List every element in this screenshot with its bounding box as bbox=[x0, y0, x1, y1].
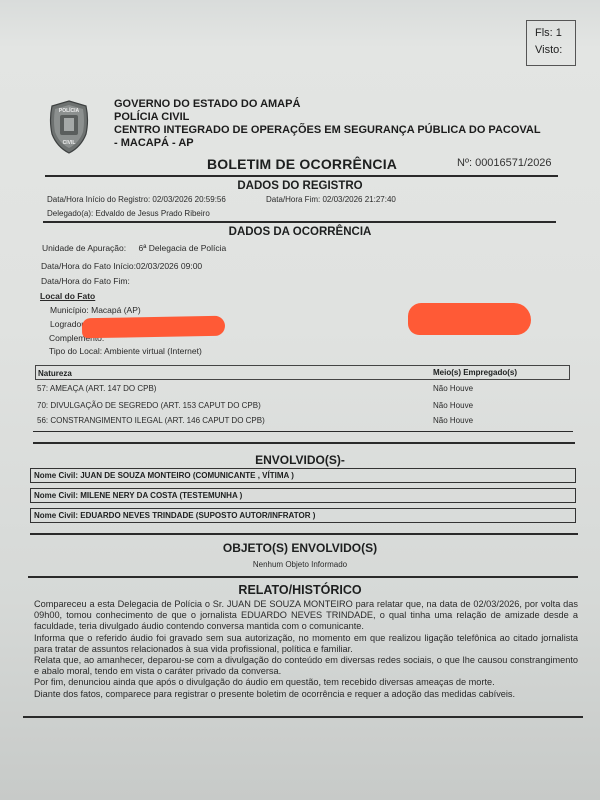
table-row: 70: DIVULGAÇÃO DE SEGREDO (ART. 153 CAPU… bbox=[37, 401, 261, 410]
registro-inicio-label: Data/Hora Início do Registro: bbox=[47, 195, 150, 204]
document-number: Nº: 00016571/2026 bbox=[457, 157, 552, 169]
municipio-value: Macapá (AP) bbox=[91, 305, 141, 315]
registro-fim: Data/Hora Fim: 02/03/2026 21:27:40 bbox=[266, 195, 396, 204]
divider bbox=[33, 431, 573, 432]
institution-header: GOVERNO DO ESTADO DO AMAPÁ POLÍCIA CIVIL… bbox=[114, 98, 541, 150]
divider bbox=[45, 175, 558, 177]
section-title-ocorrencia: DADOS DA OCORRÊNCIA bbox=[0, 226, 600, 238]
fato-inicio-label: Data/Hora do Fato Início: bbox=[41, 261, 136, 271]
table-row: 56: CONSTRANGIMENTO ILEGAL (ART. 146 CAP… bbox=[37, 416, 265, 425]
municipio: Município: Macapá (AP) bbox=[50, 305, 141, 315]
registro-fim-value: 02/03/2026 21:27:40 bbox=[322, 195, 395, 204]
police-report-page: Fls: 1 Visto: POLÍCIA CIVIL GOVERNO DO E… bbox=[0, 0, 600, 800]
divider bbox=[28, 576, 578, 578]
fato-inicio: Data/Hora do Fato Início:02/03/2026 09:0… bbox=[41, 261, 202, 271]
tipo-local: Tipo do Local: Ambiente virtual (Interne… bbox=[49, 346, 202, 356]
delegado-label: Delegado(a): bbox=[47, 209, 93, 218]
divider bbox=[30, 533, 578, 535]
delegado-value: Edvaldo de Jesus Prado Ribeiro bbox=[95, 209, 209, 218]
meio-header: Meio(s) Empregado(s) bbox=[433, 368, 517, 377]
police-badge-icon: POLÍCIA CIVIL bbox=[48, 100, 90, 154]
header-line-city: - MACAPÁ - AP bbox=[114, 137, 541, 150]
fato-inicio-value: 02/03/2026 09:00 bbox=[136, 261, 202, 271]
redaction-address bbox=[82, 316, 225, 338]
relato-body: Compareceu a esta Delegacia de Polícia o… bbox=[34, 599, 578, 700]
natureza-cell: 56: CONSTRANGIMENTO ILEGAL (ART. 146 CAP… bbox=[37, 416, 265, 425]
fato-fim: Data/Hora do Fato Fim: bbox=[41, 276, 130, 286]
unidade-value: 6ª Delegacia de Polícia bbox=[139, 243, 227, 253]
envolvido-item: Nome Civil: EDUARDO NEVES TRINDADE (SUPO… bbox=[30, 508, 576, 523]
tipo-local-label: Tipo do Local: bbox=[49, 346, 102, 356]
envolvido-item: Nome Civil: MILENE NERY DA COSTA (TESTEM… bbox=[30, 488, 576, 503]
meio-cell: Não Houve bbox=[433, 416, 473, 425]
fato-fim-label: Data/Hora do Fato Fim: bbox=[41, 276, 130, 286]
natureza-cell: 70: DIVULGAÇÃO DE SEGREDO (ART. 153 CAPU… bbox=[37, 401, 261, 410]
header-line-police: POLÍCIA CIVIL bbox=[114, 111, 541, 124]
local-fato-title: Local do Fato bbox=[40, 291, 95, 301]
registro-inicio-value: 02/03/2026 20:59:56 bbox=[152, 195, 225, 204]
section-title-relato: RELATO/HISTÓRICO bbox=[0, 583, 600, 597]
document-title: BOLETIM DE OCORRÊNCIA bbox=[207, 156, 397, 172]
divider bbox=[33, 442, 575, 444]
redaction-right bbox=[408, 303, 531, 335]
relato-paragraph: Informa que o referido áudio foi gravado… bbox=[34, 633, 578, 655]
registro-inicio: Data/Hora Início do Registro: 02/03/2026… bbox=[47, 195, 226, 204]
relato-paragraph: Por fim, denunciou ainda que após o divu… bbox=[34, 677, 578, 688]
relato-paragraph: Diante dos fatos, comparece para registr… bbox=[34, 689, 578, 700]
natureza-cell: 57: AMEAÇA (ART. 147 DO CPB) bbox=[37, 384, 156, 393]
header-line-center: CENTRO INTEGRADO DE OPERAÇÕES EM SEGURAN… bbox=[114, 124, 541, 137]
natureza-table-header: Natureza Meio(s) Empregado(s) bbox=[35, 365, 570, 380]
svg-text:CIVIL: CIVIL bbox=[63, 140, 76, 146]
unidade-label: Unidade de Apuração: bbox=[42, 243, 126, 253]
visto-label: Visto: bbox=[535, 42, 575, 59]
section-title-registro: DADOS DO REGISTRO bbox=[0, 180, 600, 192]
meio-cell: Não Houve bbox=[433, 401, 473, 410]
folio-stamp-box: Fls: 1 Visto: bbox=[526, 20, 576, 66]
folio-number: Fls: 1 bbox=[535, 25, 575, 42]
divider bbox=[23, 716, 583, 718]
natureza-header: Natureza bbox=[38, 369, 72, 378]
envolvido-item: Nome Civil: JUAN DE SOUZA MONTEIRO (COMU… bbox=[30, 468, 576, 483]
section-title-envolvidos: ENVOLVIDO(S)- bbox=[0, 453, 600, 467]
meio-cell: Não Houve bbox=[433, 384, 473, 393]
table-row: 57: AMEAÇA (ART. 147 DO CPB) bbox=[37, 384, 156, 393]
section-title-objetos: OBJETO(S) ENVOLVIDO(S) bbox=[0, 541, 600, 555]
header-line-government: GOVERNO DO ESTADO DO AMAPÁ bbox=[114, 98, 541, 111]
tipo-local-value: Ambiente virtual (Internet) bbox=[104, 346, 202, 356]
divider bbox=[43, 221, 556, 223]
municipio-label: Município: bbox=[50, 305, 89, 315]
relato-paragraph: Compareceu a esta Delegacia de Polícia o… bbox=[34, 599, 578, 633]
relato-paragraph: Relata que, ao amanhecer, deparou-se com… bbox=[34, 655, 578, 677]
objetos-value: Nenhum Objeto Informado bbox=[0, 560, 600, 569]
registro-fim-label: Data/Hora Fim: bbox=[266, 195, 320, 204]
registro-delegado: Delegado(a): Edvaldo de Jesus Prado Ribe… bbox=[47, 209, 210, 218]
ocorrencia-unidade: Unidade de Apuração: 6ª Delegacia de Pol… bbox=[42, 243, 226, 253]
svg-text:POLÍCIA: POLÍCIA bbox=[59, 106, 80, 114]
